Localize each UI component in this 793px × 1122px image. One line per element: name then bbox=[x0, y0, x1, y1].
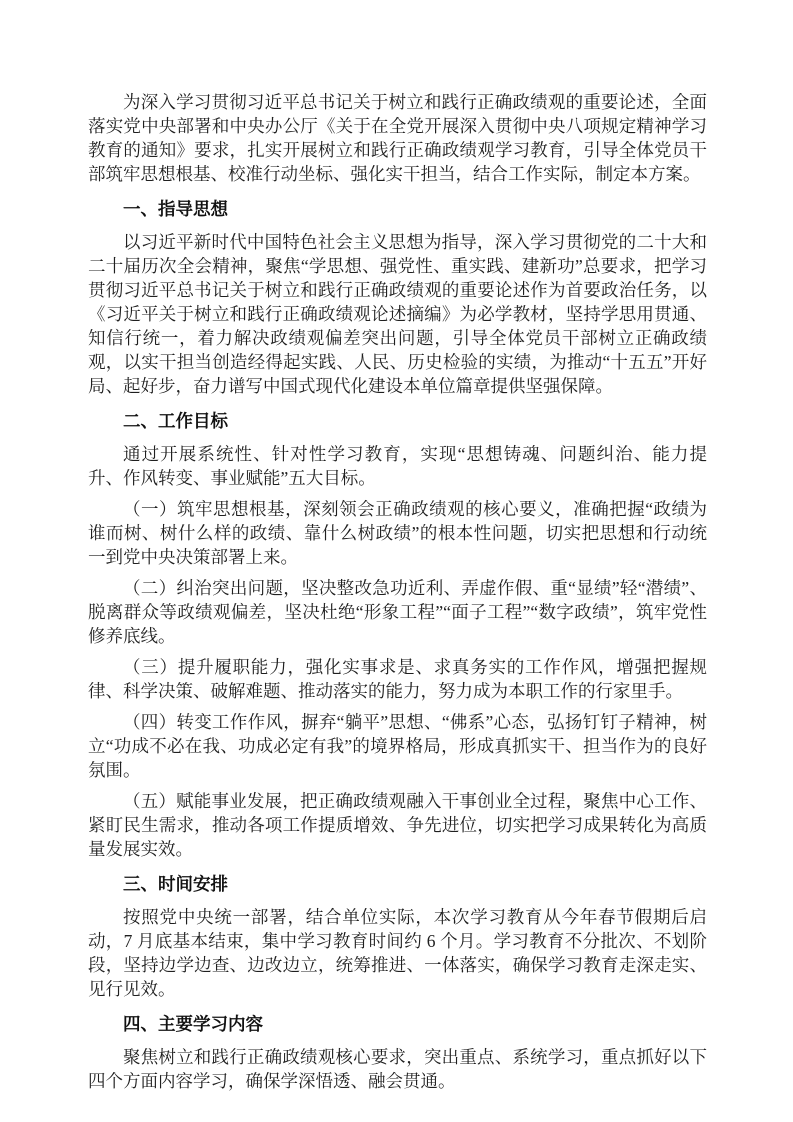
work-goal-item-4: （四）转变工作作风，摒弃“躺平”思想、“佛系”心态，弘扬钉钉子精神，树立“功成不… bbox=[88, 710, 707, 782]
work-goal-item-3: （三）提升履职能力，强化实事求是、求真务实的工作作风，增强把握规律、科学决策、破… bbox=[88, 655, 707, 703]
main-study-content-paragraph: 聚焦树立和践行正确政绩观核心要求，突出重点、系统学习，重点抓好以下四个方面内容学… bbox=[88, 1045, 707, 1093]
time-arrangement-paragraph: 按照党中央统一部署，结合单位实际，本次学习教育从今年春节假期后启动，7 月底基本… bbox=[88, 905, 707, 1001]
section-heading-time-arrangement: 三、时间安排 bbox=[88, 872, 707, 896]
work-goal-item-1: （一）筑牢思想根基，深刻领会正确政绩观的核心要义，准确把握“政绩为谁而树、树什么… bbox=[88, 497, 707, 569]
work-goals-overview-paragraph: 通过开展系统性、针对性学习教育，实现“思想铸魂、问题纠治、能力提升、作风转变、事… bbox=[88, 442, 707, 490]
guiding-ideology-paragraph: 以习近平新时代中国特色社会主义思想为指导，深入学习贯彻党的二十大和二十届历次全会… bbox=[88, 230, 707, 398]
intro-paragraph: 为深入学习贯彻习近平总书记关于树立和践行正确政绩观的重要论述，全面落实党中央部署… bbox=[88, 90, 707, 186]
document-page: 为深入学习贯彻习近平总书记关于树立和践行正确政绩观的重要论述，全面落实党中央部署… bbox=[0, 0, 793, 1122]
section-heading-guiding-ideology: 一、指导思想 bbox=[88, 197, 707, 221]
section-heading-main-study-content: 四、主要学习内容 bbox=[88, 1012, 707, 1036]
work-goal-item-2: （二）纠治突出问题，坚决整改急功近利、弄虚作假、重“显绩”轻“潜绩”、脱离群众等… bbox=[88, 576, 707, 648]
section-heading-work-goals: 二、工作目标 bbox=[88, 409, 707, 433]
work-goal-item-5: （五）赋能事业发展，把正确政绩观融入干事创业全过程，聚焦中心工作、紧盯民生需求，… bbox=[88, 789, 707, 861]
